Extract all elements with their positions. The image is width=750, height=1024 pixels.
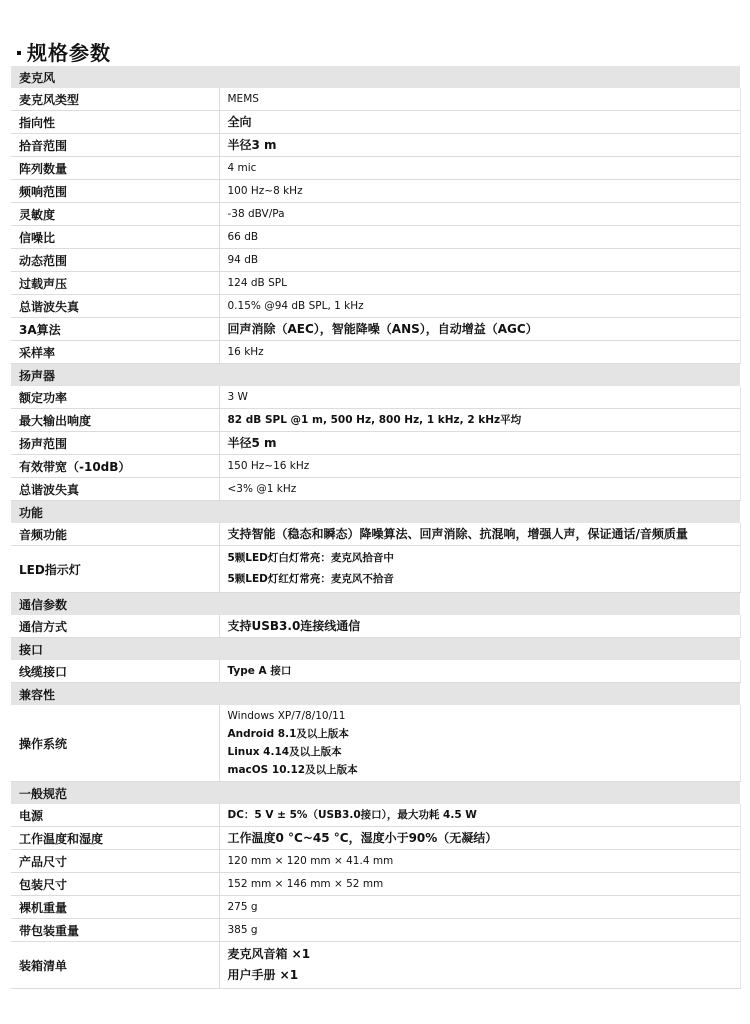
section-header: 一般规范 xyxy=(11,782,740,805)
spec-value-line: 66 dB xyxy=(228,227,740,248)
table-row: 拾音范围半径3 m xyxy=(11,134,740,157)
spec-value: 麦克风音箱 ×1用户手册 ×1 xyxy=(219,942,740,989)
spec-label: 拾音范围 xyxy=(11,134,219,157)
spec-label: 麦克风类型 xyxy=(11,88,219,111)
spec-value-line: 124 dB SPL xyxy=(228,273,740,294)
table-row: 带包装重量385 g xyxy=(11,919,740,942)
spec-value: 150 Hz~16 kHz xyxy=(219,455,740,478)
spec-value: 66 dB xyxy=(219,226,740,249)
section-title: 扬声器 xyxy=(11,364,740,387)
section-header: 兼容性 xyxy=(11,683,740,706)
table-row: 总谐波失真<3% @1 kHz xyxy=(11,478,740,501)
table-row: 动态范围94 dB xyxy=(11,249,740,272)
spec-value-line: 麦克风音箱 ×1 xyxy=(228,944,740,965)
spec-value: 4 mic xyxy=(219,157,740,180)
table-row: 采样率16 kHz xyxy=(11,341,740,364)
table-row: 额定功率3 W xyxy=(11,386,740,409)
spec-label: 总谐波失真 xyxy=(11,295,219,318)
spec-label: 装箱清单 xyxy=(11,942,219,989)
spec-label: 通信方式 xyxy=(11,615,219,638)
spec-value: 5颗LED灯白灯常亮：麦克风拾音中5颗LED灯红灯常亮：麦克风不拾音 xyxy=(219,546,740,593)
spec-label: 线缆接口 xyxy=(11,660,219,683)
spec-value-line: 5颗LED灯白灯常亮：麦克风拾音中 xyxy=(228,548,740,569)
spec-label: 阵列数量 xyxy=(11,157,219,180)
spec-value: 124 dB SPL xyxy=(219,272,740,295)
spec-value: 385 g xyxy=(219,919,740,942)
spec-value-line: 支持USB3.0连接线通信 xyxy=(228,616,740,637)
spec-label: 包装尺寸 xyxy=(11,873,219,896)
table-row: 信噪比66 dB xyxy=(11,226,740,249)
spec-value-line: macOS 10.12及以上版本 xyxy=(228,761,740,779)
spec-value: <3% @1 kHz xyxy=(219,478,740,501)
table-row: 指向性全向 xyxy=(11,111,740,134)
page-title: 规格参数 xyxy=(17,36,111,66)
table-row: 裸机重量275 g xyxy=(11,896,740,919)
spec-value-line: 150 Hz~16 kHz xyxy=(228,456,740,477)
table-row: 装箱清单麦克风音箱 ×1用户手册 ×1 xyxy=(11,942,740,989)
table-row: 音频功能支持智能（稳态和瞬态）降噪算法、回声消除、抗混响，增强人声，保证通话/音… xyxy=(11,523,740,546)
spec-label: 频响范围 xyxy=(11,180,219,203)
spec-value-line: 半径3 m xyxy=(228,135,740,156)
spec-value: 152 mm × 146 mm × 52 mm xyxy=(219,873,740,896)
spec-value: 82 dB SPL @1 m, 500 Hz, 800 Hz, 1 kHz, 2… xyxy=(219,409,740,432)
spec-value-line: <3% @1 kHz xyxy=(228,479,740,500)
section-header: 扬声器 xyxy=(11,364,740,387)
spec-label: 电源 xyxy=(11,804,219,827)
spec-label: 信噪比 xyxy=(11,226,219,249)
spec-value: 工作温度0 °C~45 °C，湿度小于90%（无凝结） xyxy=(219,827,740,850)
table-row: LED指示灯5颗LED灯白灯常亮：麦克风拾音中5颗LED灯红灯常亮：麦克风不拾音 xyxy=(11,546,740,593)
table-row: 工作温度和湿度工作温度0 °C~45 °C，湿度小于90%（无凝结） xyxy=(11,827,740,850)
spec-value-line: 0.15% @94 dB SPL, 1 kHz xyxy=(228,296,740,317)
spec-value-line: Android 8.1及以上版本 xyxy=(228,725,740,743)
spec-value: 回声消除（AEC），智能降噪（ANS），自动增益（AGC） xyxy=(219,318,740,341)
spec-label: 指向性 xyxy=(11,111,219,134)
spec-label: 动态范围 xyxy=(11,249,219,272)
spec-label: 裸机重量 xyxy=(11,896,219,919)
spec-label: 灵敏度 xyxy=(11,203,219,226)
table-row: 操作系统Windows XP/7/8/10/11Android 8.1及以上版本… xyxy=(11,705,740,782)
section-header: 功能 xyxy=(11,501,740,524)
spec-label: 3A算法 xyxy=(11,318,219,341)
spec-label: 有效带宽（-10dB） xyxy=(11,455,219,478)
table-row: 有效带宽（-10dB）150 Hz~16 kHz xyxy=(11,455,740,478)
spec-value-line: Windows XP/7/8/10/11 xyxy=(228,707,740,725)
spec-label: 采样率 xyxy=(11,341,219,364)
spec-value: 94 dB xyxy=(219,249,740,272)
spec-label: 工作温度和湿度 xyxy=(11,827,219,850)
section-title: 兼容性 xyxy=(11,683,740,706)
table-row: 灵敏度-38 dBV/Pa xyxy=(11,203,740,226)
spec-value: 0.15% @94 dB SPL, 1 kHz xyxy=(219,295,740,318)
section-title: 功能 xyxy=(11,501,740,524)
section-title: 通信参数 xyxy=(11,593,740,616)
spec-value-line: 16 kHz xyxy=(228,342,740,363)
spec-value: 120 mm × 120 mm × 41.4 mm xyxy=(219,850,740,873)
spec-value-line: 385 g xyxy=(228,920,740,941)
spec-value-line: 支持智能（稳态和瞬态）降噪算法、回声消除、抗混响，增强人声，保证通话/音频质量 xyxy=(228,524,740,545)
spec-label: 最大输出响度 xyxy=(11,409,219,432)
spec-value: DC：5 V ± 5%（USB3.0接口），最大功耗 4.5 W xyxy=(219,804,740,827)
spec-value-line: DC：5 V ± 5%（USB3.0接口），最大功耗 4.5 W xyxy=(228,805,740,826)
spec-label: 总谐波失真 xyxy=(11,478,219,501)
spec-value-line: 94 dB xyxy=(228,250,740,271)
spec-value-line: 152 mm × 146 mm × 52 mm xyxy=(228,874,740,895)
table-row: 过载声压124 dB SPL xyxy=(11,272,740,295)
spec-value-line: 275 g xyxy=(228,897,740,918)
table-row: 频响范围100 Hz~8 kHz xyxy=(11,180,740,203)
table-row: 通信方式支持USB3.0连接线通信 xyxy=(11,615,740,638)
bullet-icon xyxy=(17,51,21,55)
spec-value: 半径3 m xyxy=(219,134,740,157)
table-row: 线缆接口Type A 接口 xyxy=(11,660,740,683)
spec-value-line: Linux 4.14及以上版本 xyxy=(228,743,740,761)
spec-value: 半径5 m xyxy=(219,432,740,455)
spec-table: 麦克风麦克风类型MEMS指向性全向拾音范围半径3 m阵列数量4 mic频响范围1… xyxy=(11,66,741,989)
spec-value-line: Type A 接口 xyxy=(228,661,740,682)
spec-label: LED指示灯 xyxy=(11,546,219,593)
table-row: 包装尺寸152 mm × 146 mm × 52 mm xyxy=(11,873,740,896)
spec-value-line: 4 mic xyxy=(228,158,740,179)
section-title: 一般规范 xyxy=(11,782,740,805)
spec-value-line: -38 dBV/Pa xyxy=(228,204,740,225)
spec-label: 产品尺寸 xyxy=(11,850,219,873)
spec-value: Windows XP/7/8/10/11Android 8.1及以上版本Linu… xyxy=(219,705,740,782)
spec-value: 支持USB3.0连接线通信 xyxy=(219,615,740,638)
spec-label: 扬声范围 xyxy=(11,432,219,455)
spec-label: 带包装重量 xyxy=(11,919,219,942)
spec-label: 操作系统 xyxy=(11,705,219,782)
section-header: 通信参数 xyxy=(11,593,740,616)
spec-value: MEMS xyxy=(219,88,740,111)
spec-value-line: 回声消除（AEC），智能降噪（ANS），自动增益（AGC） xyxy=(228,319,740,340)
section-header: 麦克风 xyxy=(11,66,740,88)
spec-value-line: 用户手册 ×1 xyxy=(228,965,740,986)
spec-value-line: 120 mm × 120 mm × 41.4 mm xyxy=(228,851,740,872)
page-title-text: 规格参数 xyxy=(27,37,111,66)
spec-value: 16 kHz xyxy=(219,341,740,364)
spec-value-line: 82 dB SPL @1 m, 500 Hz, 800 Hz, 1 kHz, 2… xyxy=(228,410,740,431)
table-row: 总谐波失真0.15% @94 dB SPL, 1 kHz xyxy=(11,295,740,318)
table-row: 阵列数量4 mic xyxy=(11,157,740,180)
section-title: 麦克风 xyxy=(11,66,740,88)
table-row: 最大输出响度82 dB SPL @1 m, 500 Hz, 800 Hz, 1 … xyxy=(11,409,740,432)
spec-value-line: 工作温度0 °C~45 °C，湿度小于90%（无凝结） xyxy=(228,828,740,849)
spec-value: 100 Hz~8 kHz xyxy=(219,180,740,203)
spec-value: 全向 xyxy=(219,111,740,134)
spec-value: -38 dBV/Pa xyxy=(219,203,740,226)
spec-label: 额定功率 xyxy=(11,386,219,409)
spec-value: 275 g xyxy=(219,896,740,919)
spec-value: 3 W xyxy=(219,386,740,409)
section-title: 接口 xyxy=(11,638,740,661)
spec-value-line: 100 Hz~8 kHz xyxy=(228,181,740,202)
spec-value-line: 半径5 m xyxy=(228,433,740,454)
spec-label: 音频功能 xyxy=(11,523,219,546)
spec-label: 过载声压 xyxy=(11,272,219,295)
spec-value-line: 3 W xyxy=(228,387,740,408)
table-row: 扬声范围半径5 m xyxy=(11,432,740,455)
section-header: 接口 xyxy=(11,638,740,661)
table-row: 麦克风类型MEMS xyxy=(11,88,740,111)
table-row: 3A算法回声消除（AEC），智能降噪（ANS），自动增益（AGC） xyxy=(11,318,740,341)
spec-value-line: 全向 xyxy=(228,112,740,133)
spec-value-line: MEMS xyxy=(228,89,740,110)
table-row: 电源DC：5 V ± 5%（USB3.0接口），最大功耗 4.5 W xyxy=(11,804,740,827)
spec-value: 支持智能（稳态和瞬态）降噪算法、回声消除、抗混响，增强人声，保证通话/音频质量 xyxy=(219,523,740,546)
table-row: 产品尺寸120 mm × 120 mm × 41.4 mm xyxy=(11,850,740,873)
spec-value-line: 5颗LED灯红灯常亮：麦克风不拾音 xyxy=(228,569,740,590)
spec-value: Type A 接口 xyxy=(219,660,740,683)
